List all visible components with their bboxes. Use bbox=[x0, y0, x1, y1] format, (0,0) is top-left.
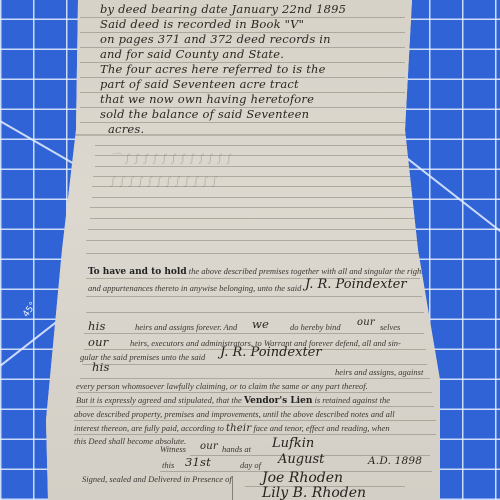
handwritten-we: we bbox=[252, 317, 269, 331]
habendum-line-3b: do hereby bind bbox=[290, 322, 341, 332]
handwritten-line: that we now own having heretofore bbox=[100, 92, 314, 106]
printed-text: interest thereon, are fully paid, accord… bbox=[74, 423, 224, 433]
handwritten-their: their bbox=[226, 423, 251, 434]
witness-day-of: day of bbox=[240, 460, 261, 470]
printed-text: heirs and assigns forever. And bbox=[135, 322, 237, 332]
presence-label: Signed, sealed and Delivered in Presence… bbox=[82, 474, 232, 484]
ruled-line bbox=[95, 166, 413, 167]
handwritten-his-2: his bbox=[92, 360, 110, 374]
ruled-line bbox=[86, 240, 418, 241]
ruled-line bbox=[86, 253, 420, 254]
ruled-line bbox=[74, 420, 436, 421]
witness-hands-at: hands at bbox=[222, 444, 251, 454]
handwritten-line: on pages 371 and 372 deed records in bbox=[100, 32, 331, 46]
ruled-line bbox=[78, 392, 432, 393]
ruled-line bbox=[86, 312, 424, 313]
ruled-line bbox=[88, 229, 418, 230]
witness-our: our bbox=[200, 441, 218, 452]
handwritten-line: sold the balance of said Seventeen bbox=[100, 107, 309, 121]
bleed-through-writing: ∫ ∫ ∫ ∫ ∫ ∫ ∫ ∫ ∫ ∫ ∫ ∫ bbox=[110, 175, 217, 188]
ruled-line bbox=[74, 434, 436, 435]
signature-lily-rhoden: Lily B. Rhoden bbox=[262, 485, 366, 500]
to-have-and-to-hold-heading: To have and to hold bbox=[88, 267, 187, 277]
ruled-line bbox=[95, 145, 410, 146]
signature-joe-rhoden: Joe Rhoden bbox=[262, 470, 343, 486]
ruled-line bbox=[92, 197, 416, 198]
bleed-through-writing: ⌒ ∫ ∫ ∫ ∫ ∫ ∫ ∫ ∫ ∫ ∫ ∫ ∫ bbox=[110, 150, 232, 166]
printed-text: is retained against the bbox=[315, 395, 390, 405]
grantee-name-2: J. R. Poindexter bbox=[220, 345, 322, 360]
printed-text: do hereby bind bbox=[290, 322, 341, 332]
witness-place: Lufkin bbox=[272, 436, 314, 451]
printed-text: But it is expressly agreed and stipulate… bbox=[76, 395, 242, 405]
grantee-name: J. R. Poindexter bbox=[305, 277, 407, 292]
habendum-line-3: heirs and assigns forever. And bbox=[135, 322, 237, 332]
handwritten-line: by deed bearing date January 22nd 1895 bbox=[100, 2, 346, 16]
printed-text: every person whomsoever lawfully claimin… bbox=[76, 381, 368, 391]
ruled-line bbox=[82, 364, 427, 365]
handwritten-line: part of said Seventeen acre tract bbox=[100, 77, 299, 91]
habendum-line-1: To have and to hold the above described … bbox=[88, 266, 427, 277]
handwritten-line: Said deed is recorded in Book "V" bbox=[100, 17, 304, 31]
witness-this: this bbox=[162, 460, 174, 470]
witness-label: Witness bbox=[160, 444, 186, 454]
ruled-line bbox=[84, 333, 424, 334]
printed-text: above described property, premises and i… bbox=[74, 409, 395, 419]
habendum-line-8: But it is expressly agreed and stipulate… bbox=[76, 395, 390, 406]
habendum-line-2: and appurtenances thereto in anywise bel… bbox=[88, 283, 301, 293]
printed-text: selves bbox=[380, 322, 400, 332]
witness-divider bbox=[232, 476, 233, 500]
habendum-line-10: interest thereon, are fully paid, accord… bbox=[74, 423, 390, 434]
vendors-lien-heading: Vendor's Lien bbox=[244, 396, 312, 406]
witness-month: August bbox=[278, 452, 324, 467]
printed-text: and appurtenances thereto in anywise bel… bbox=[88, 283, 301, 293]
habendum-line-3c: selves bbox=[380, 322, 400, 332]
habendum-line-9: above described property, premises and i… bbox=[74, 409, 395, 419]
handwritten-line: The four acres here referred to is the bbox=[100, 62, 326, 76]
ruled-line bbox=[76, 406, 434, 407]
handwritten-our: our bbox=[357, 317, 375, 328]
printed-text: face and tenor, effect and reading, when bbox=[253, 423, 389, 433]
ruled-line bbox=[86, 296, 422, 297]
printed-text: heirs and assigns, against bbox=[335, 367, 423, 377]
ruled-line bbox=[80, 378, 430, 379]
handwritten-line: and for said County and State. bbox=[100, 47, 284, 61]
ruled-line bbox=[90, 207, 416, 208]
ruled-line bbox=[90, 218, 418, 219]
handwritten-his: his bbox=[88, 319, 106, 333]
handwritten-our-2: our bbox=[88, 335, 108, 349]
witness-day: 31st bbox=[185, 455, 211, 469]
printed-text: the above described premises together wi… bbox=[189, 266, 427, 276]
habendum-line-7: every person whomsoever lawfully claimin… bbox=[76, 381, 368, 391]
witness-year: A.D. 1898 bbox=[368, 455, 422, 467]
habendum-line-6: heirs and assigns, against bbox=[335, 367, 423, 377]
